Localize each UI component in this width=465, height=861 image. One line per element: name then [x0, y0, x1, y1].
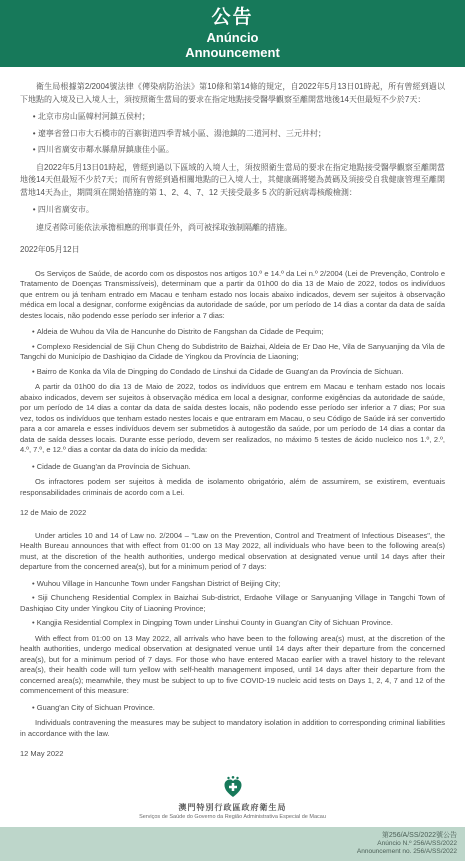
zh-date: 2022年05月12日: [20, 244, 445, 257]
bureau-name-pt: Serviços de Saúde do Governo da Região A…: [0, 813, 465, 821]
chinese-section: 衛生局根據第2/2004號法律《傳染病防治法》第10條和第14條的規定，自202…: [20, 81, 445, 257]
list-item: 四川省廣安市。: [20, 204, 445, 217]
bureau-name-zh: 澳門特別行政區政府衛生局: [0, 803, 465, 813]
list-item: Cidade de Guang'an da Província de Sichu…: [20, 462, 445, 473]
list-item: Siji Chuncheng Residential Complex in Ba…: [20, 593, 445, 614]
list-item: Bairro de Konka da Vila de Dingping do C…: [20, 367, 445, 378]
announcement-body: 衛生局根據第2/2004號法律《傳染病防治法》第10條和第14條的規定，自202…: [0, 67, 465, 772]
list-item: 遼寧省營口市大石橋市的百寨街道四季青城小區、湯池鎮的二道河村、三元井村；: [20, 128, 445, 141]
health-bureau-logo-icon: [222, 776, 244, 803]
reference-footer: 第256/A/SS/2022號公告 Anúncio N.º 256/A/SS/2…: [0, 827, 465, 861]
pt-paragraph-3: Os infractores podem ser sujeitos à medi…: [20, 477, 445, 498]
list-item: Complexo Residencial de Siji Chun Cheng …: [20, 342, 445, 363]
list-item: 北京市房山區韓村河鎮五侯村；: [20, 111, 445, 124]
header-banner: 公告 Anúncio Announcement: [0, 0, 465, 67]
pt-date: 12 de Maio de 2022: [20, 508, 445, 519]
list-item: Wuhou Village in Hancunhe Town under Fan…: [20, 579, 445, 590]
zh-location-list-1: 北京市房山區韓村河鎮五侯村； 遼寧省營口市大石橋市的百寨街道四季青城小區、湯池鎮…: [20, 111, 445, 157]
zh-paragraph-2: 自2022年5月13日01時起，曾經到過以下區域的入境人士，須按照衛生當局的要求…: [20, 162, 445, 200]
english-section: Under articles 10 and 14 of Law no. 2/20…: [20, 531, 445, 760]
bureau-signature: 澳門特別行政區政府衛生局 Serviços de Saúde do Govern…: [0, 772, 465, 827]
list-item: Aldeia de Wuhou da Vila de Hancunhe do D…: [20, 327, 445, 338]
portuguese-section: Os Serviços de Saúde, de acordo com os d…: [20, 269, 445, 519]
zh-paragraph-3: 違反者除可能依法承擔相應的刑事責任外，尚可被採取強制隔離的措施。: [20, 222, 445, 235]
announcement-page: 公告 Anúncio Announcement 衛生局根據第2/2004號法律《…: [0, 0, 465, 861]
zh-paragraph-1: 衛生局根據第2/2004號法律《傳染病防治法》第10條和第14條的規定，自202…: [20, 81, 445, 106]
list-item: Kangjia Residential Complex in Dingping …: [20, 618, 445, 629]
pt-paragraph-2: A partir da 01h00 do dia 13 de Maio de 2…: [20, 382, 445, 456]
page-title-en: Announcement: [0, 45, 465, 60]
pt-location-list-2: Cidade de Guang'an da Província de Sichu…: [20, 462, 445, 473]
en-paragraph-2: With effect from 01:00 on 13 May 2022, a…: [20, 634, 445, 697]
en-paragraph-1: Under articles 10 and 14 of Law no. 2/20…: [20, 531, 445, 573]
announcement-ref-zh: 第256/A/SS/2022號公告: [0, 831, 457, 840]
list-item: Guang'an City of Sichuan Province.: [20, 703, 445, 714]
en-date: 12 May 2022: [20, 749, 445, 760]
announcement-ref-en: Announcement no. 256/A/SS/2022: [0, 848, 457, 857]
page-title-zh: 公告: [0, 6, 465, 30]
en-location-list-1: Wuhou Village in Hancunhe Town under Fan…: [20, 579, 445, 629]
en-paragraph-3: Individuals contravening the measures ma…: [20, 718, 445, 739]
en-location-list-2: Guang'an City of Sichuan Province.: [20, 703, 445, 714]
page-title-pt: Anúncio: [0, 30, 465, 45]
zh-location-list-2: 四川省廣安市。: [20, 204, 445, 217]
announcement-ref-pt: Anúncio N.º 256/A/SS/2022: [0, 840, 457, 849]
list-item: 四川省廣安市鄰水縣鼎屏鎮康佳小區。: [20, 144, 445, 157]
pt-paragraph-1: Os Serviços de Saúde, de acordo com os d…: [20, 269, 445, 322]
pt-location-list-1: Aldeia de Wuhou da Vila de Hancunhe do D…: [20, 327, 445, 377]
